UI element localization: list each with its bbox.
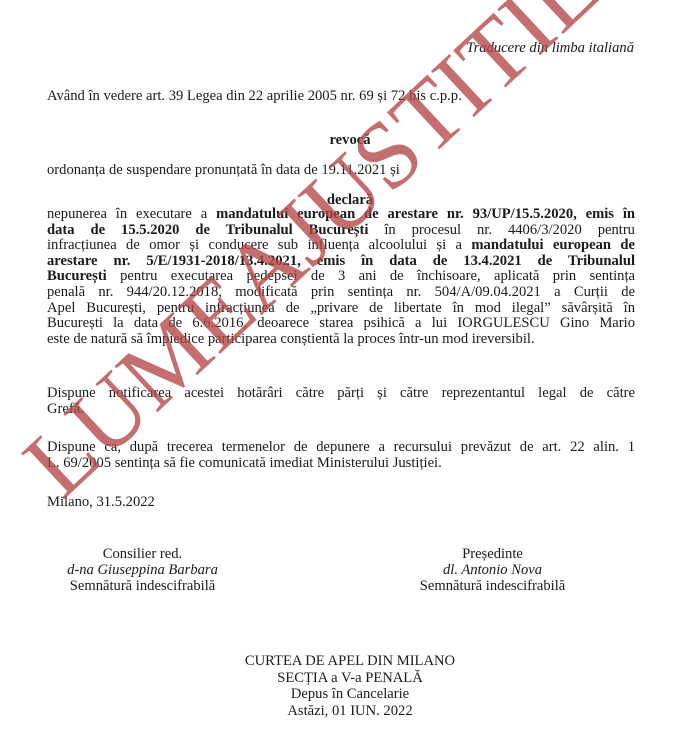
translation-note: Traducere din limba italiană bbox=[466, 40, 634, 57]
declara-line: penală nr. 944/20.12.2018, modificată pr… bbox=[47, 285, 635, 301]
signature-right-name: dl. Antonio Nova bbox=[380, 562, 605, 578]
signature-left-role: Consilier red. bbox=[20, 546, 265, 562]
place-date: Milano, 31.5.2022 bbox=[47, 494, 155, 511]
bold-text: mandatului european de bbox=[471, 237, 635, 253]
signature-right-role: Președinte bbox=[380, 546, 605, 562]
declara-line: nepunerea în executare a mandatului euro… bbox=[47, 207, 635, 223]
notification-paragraph: Dispune notificarea acestei hotărâri căt… bbox=[47, 386, 635, 417]
text: este de natură să împiedice participarea… bbox=[47, 331, 535, 347]
bold-text: București bbox=[47, 268, 107, 284]
signature-left-note: Semnătură indescifrabilă bbox=[20, 578, 265, 594]
stamp-line-4: Astăzi, 01 IUN. 2022 bbox=[0, 703, 700, 720]
stamp-line-3: Depus în Cancelarie bbox=[0, 686, 700, 703]
declara-line: București pentru executarea pedepsei de … bbox=[47, 269, 635, 285]
declara-line: Apel București, pentru infracțiunea de „… bbox=[47, 301, 635, 317]
text: nepunerea în executare a bbox=[47, 206, 216, 222]
text: în procesul nr. 4406/3/2020 pentru bbox=[368, 222, 635, 238]
preamble-text: Având în vedere art. 39 Legea din 22 apr… bbox=[47, 88, 462, 105]
notification-line-1: Dispune notificarea acestei hotărâri căt… bbox=[47, 386, 635, 402]
bold-text: mandatului european de arestare nr. 93/U… bbox=[216, 206, 635, 222]
bold-text: arestare nr. 5/E/1931-2018/13.4.2021, em… bbox=[47, 253, 635, 269]
revoca-object-text: ordonanța de suspendare pronunțată în da… bbox=[47, 162, 400, 179]
declara-line: data de 15.5.2020 de Tribunalul Bucureșt… bbox=[47, 223, 635, 239]
text: pentru executarea pedepsei de 3 ani de î… bbox=[107, 268, 635, 284]
signature-left: Consilier red. d-na Giuseppina Barbara S… bbox=[20, 546, 265, 594]
heading-revoca: revocă bbox=[0, 132, 700, 149]
declara-line: arestare nr. 5/E/1931-2018/13.4.2021, em… bbox=[47, 254, 635, 270]
bold-text: data de 15.5.2020 de Tribunalul Bucureșt… bbox=[47, 222, 368, 238]
stamp-line-1: CURTEA DE APEL DIN MILANO bbox=[0, 653, 700, 670]
communication-line-2: L. 69/2005 sentința să fie comunicată im… bbox=[47, 456, 635, 472]
text: penală nr. 944/20.12.2018, modificată pr… bbox=[47, 284, 635, 300]
declara-line: infracțiunea de omor și conducere sub in… bbox=[47, 238, 635, 254]
signature-left-name: d-na Giuseppina Barbara bbox=[20, 562, 265, 578]
stamp-line-2: SECȚIA a V-a PENALĂ bbox=[0, 670, 700, 687]
court-stamp: CURTEA DE APEL DIN MILANO SECȚIA a V-a P… bbox=[0, 653, 700, 719]
text: București la data de 6.6.2016, deoarece … bbox=[47, 315, 635, 331]
declara-paragraph: nepunerea în executare a mandatului euro… bbox=[47, 207, 635, 347]
notification-line-2: Grefă. bbox=[47, 402, 635, 418]
signature-right: Președinte dl. Antonio Nova Semnătură in… bbox=[380, 546, 605, 594]
text: infracțiunea de omor și conducere sub in… bbox=[47, 237, 471, 253]
communication-paragraph: Dispune ca, după trecerea termenelor de … bbox=[47, 440, 635, 471]
text: Apel București, pentru infracțiunea de „… bbox=[47, 300, 635, 316]
declara-line: București la data de 6.6.2016, deoarece … bbox=[47, 316, 635, 332]
declara-line: este de natură să împiedice participarea… bbox=[47, 332, 635, 348]
signature-right-note: Semnătură indescifrabilă bbox=[380, 578, 605, 594]
communication-line-1: Dispune ca, după trecerea termenelor de … bbox=[47, 440, 635, 456]
